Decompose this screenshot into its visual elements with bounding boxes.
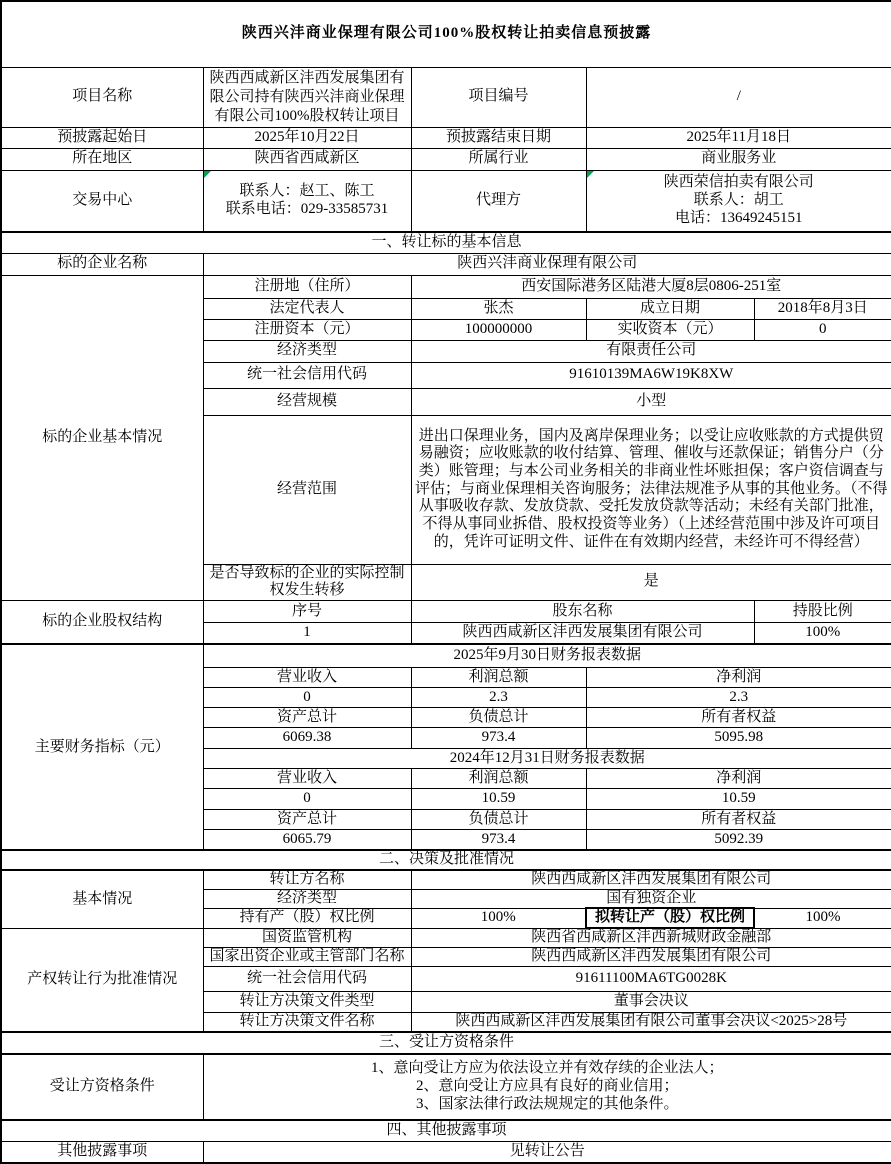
agent-info: 陕西荣信拍卖有限公司 联系人：胡工 电话：13649245151 bbox=[586, 170, 891, 232]
table-row: 其他披露事项 见转让公告 bbox=[1, 1141, 891, 1163]
fin-header: 营业收入 bbox=[203, 768, 411, 788]
credit-code-value: 91610139MA6W19K8XW bbox=[411, 362, 891, 388]
decision-type-label: 转让方决策文件类型 bbox=[203, 991, 411, 1012]
legal-rep-label: 法定代表人 bbox=[203, 298, 411, 319]
fin-value: 10.59 bbox=[411, 788, 586, 809]
fin-header: 资产总计 bbox=[203, 809, 411, 829]
table-row: 一、转让标的基本信息 bbox=[1, 232, 891, 253]
predisclosure-start-value: 2025年10月22日 bbox=[203, 127, 411, 148]
decision-name-value: 陕西西咸新区沣西发展集团有限公司董事会决议<2025>28号 bbox=[411, 1012, 891, 1032]
fin-value: 0 bbox=[203, 687, 411, 707]
fin-value: 2.3 bbox=[586, 687, 891, 707]
economic-type-value: 有限责任公司 bbox=[411, 340, 891, 362]
reg-address-label: 注册地（住所） bbox=[203, 275, 411, 298]
trade-center-contact-person: 联系人：赵工、陈工 bbox=[206, 183, 409, 201]
reg-capital-label: 注册资本（元） bbox=[203, 319, 411, 340]
trade-center-contact-phone: 联系电话：029-33585731 bbox=[206, 201, 409, 219]
table-row: 项目名称 陕西西咸新区沣西发展集团有限公司持有陕西兴沣商业保理有限公司100%股… bbox=[1, 67, 891, 127]
project-name-label: 项目名称 bbox=[1, 67, 203, 127]
disclosure-table: 陕西兴沣商业保理有限公司100%股权转让拍卖信息预披露 项目名称 陕西西咸新区沣… bbox=[0, 0, 891, 1164]
transferor-label: 转让方名称 bbox=[203, 870, 411, 889]
predisclosure-end-label: 预披露结束日期 bbox=[411, 127, 586, 148]
shareholder-header: 股东名称 bbox=[411, 600, 754, 622]
table-row: 标的企业基本情况 注册地（住所） 西安国际港务区陆港大厦8层0806-251室 bbox=[1, 275, 891, 298]
table-row: 三、受让方资格条件 bbox=[1, 1032, 891, 1054]
state-owner-value: 陕西西咸新区沣西发展集团有限公司 bbox=[411, 947, 891, 966]
sec2-economic-type-value: 国有独资企业 bbox=[411, 889, 891, 908]
fin-value: 5092.39 bbox=[586, 829, 891, 850]
industry-value: 商业服务业 bbox=[586, 148, 891, 170]
predisclosure-end-value: 2025年11月18日 bbox=[586, 127, 891, 148]
control-transfer-value: 是 bbox=[411, 564, 891, 600]
control-transfer-label: 是否导致标的企业的实际控制权发生转移 bbox=[203, 564, 411, 600]
agent-label: 代理方 bbox=[411, 170, 586, 232]
fin-value: 6065.79 bbox=[203, 829, 411, 850]
decision-name-label: 转让方决策文件名称 bbox=[203, 1012, 411, 1032]
credit-code-label: 统一社会信用代码 bbox=[203, 362, 411, 388]
regulator-label: 国资监管机构 bbox=[203, 928, 411, 947]
shareholder-value: 陕西西咸新区沣西发展集团有限公司 bbox=[411, 622, 754, 644]
fin-header: 负债总计 bbox=[411, 809, 586, 829]
establish-date-value: 2018年8月3日 bbox=[754, 298, 891, 319]
predisclosure-start-label: 预披露起始日 bbox=[1, 127, 203, 148]
agent-contact-person: 联系人：胡工 bbox=[589, 192, 890, 210]
other-disclosure-label: 其他披露事项 bbox=[1, 1141, 203, 1163]
scale-label: 经营规模 bbox=[203, 388, 411, 415]
holding-ratio-label: 持有产（股）权比例 bbox=[203, 908, 411, 928]
sec2-credit-code-value: 91611100MA6TG0028K bbox=[411, 966, 891, 991]
green-triangle-icon bbox=[587, 171, 594, 178]
region-value: 陕西省西咸新区 bbox=[203, 148, 411, 170]
table-row: 陕西兴沣商业保理有限公司100%股权转让拍卖信息预披露 bbox=[1, 1, 891, 67]
table-row: 交易中心 联系人：赵工、陈工 联系电话：029-33585731 代理方 陕西荣… bbox=[1, 170, 891, 232]
sec2-basic-label: 基本情况 bbox=[1, 870, 203, 928]
table-row: 标的企业股权结构 序号 股东名称 持股比例 bbox=[1, 600, 891, 622]
fin-header: 净利润 bbox=[586, 768, 891, 788]
fin-value: 2.3 bbox=[411, 687, 586, 707]
sec2-economic-type-label: 经济类型 bbox=[203, 889, 411, 908]
table-row: 受让方资格条件 1、意向受让方应为依法设立并有效存续的企业法人； 2、意向受让方… bbox=[1, 1054, 891, 1120]
project-no-value: / bbox=[586, 67, 891, 127]
sec2-credit-code-label: 统一社会信用代码 bbox=[203, 966, 411, 991]
table-row: 所在地区 陕西省西咸新区 所属行业 商业服务业 bbox=[1, 148, 891, 170]
fin-value: 6069.38 bbox=[203, 727, 411, 748]
green-triangle-icon bbox=[204, 171, 211, 178]
condition-item: 1、意向受让方应为依法设立并有效存续的企业法人； bbox=[206, 1060, 890, 1078]
seq-header: 序号 bbox=[203, 600, 411, 622]
regulator-value: 陕西省西咸新区沣西新城财政金融部 bbox=[411, 928, 891, 947]
approval-label: 产权转让行为批准情况 bbox=[1, 928, 203, 1032]
scale-value: 小型 bbox=[411, 388, 891, 415]
equity-structure-label: 标的企业股权结构 bbox=[1, 600, 203, 644]
trade-center-contact: 联系人：赵工、陈工 联系电话：029-33585731 bbox=[203, 170, 411, 232]
table-row: 标的企业名称 陕西兴沣商业保理有限公司 bbox=[1, 253, 891, 275]
fin-header: 所有者权益 bbox=[586, 809, 891, 829]
table-row: 预披露起始日 2025年10月22日 预披露结束日期 2025年11月18日 bbox=[1, 127, 891, 148]
fin-header: 所有者权益 bbox=[586, 707, 891, 727]
state-owner-label: 国家出资企业或主管部门名称 bbox=[203, 947, 411, 966]
section2-heading: 二、决策及批准情况 bbox=[1, 850, 891, 870]
target-name-label: 标的企业名称 bbox=[1, 253, 203, 275]
target-name-value: 陕西兴沣商业保理有限公司 bbox=[203, 253, 891, 275]
section1-heading: 一、转让标的基本信息 bbox=[1, 232, 891, 253]
transfer-ratio-label: 拟转让产（股）权比例 bbox=[586, 908, 754, 928]
project-no-label: 项目编号 bbox=[411, 67, 586, 127]
section3-heading: 三、受让方资格条件 bbox=[1, 1032, 891, 1054]
fin-value: 0 bbox=[203, 788, 411, 809]
condition-item: 2、意向受让方应具有良好的商业信用； bbox=[206, 1078, 890, 1096]
decision-type-value: 董事会决议 bbox=[411, 991, 891, 1012]
fin-value: 973.4 bbox=[411, 727, 586, 748]
fin-value: 973.4 bbox=[411, 829, 586, 850]
fin-value: 5095.98 bbox=[586, 727, 891, 748]
table-row: 四、其他披露事项 bbox=[1, 1120, 891, 1141]
seq-value: 1 bbox=[203, 622, 411, 644]
table-row: 基本情况 转让方名称 陕西西咸新区沣西发展集团有限公司 bbox=[1, 870, 891, 889]
reg-address-value: 西安国际港务区陆港大厦8层0806-251室 bbox=[411, 275, 891, 298]
other-disclosure-value: 见转让公告 bbox=[203, 1141, 891, 1163]
report-title: 2025年9月30日财务报表数据 bbox=[203, 644, 891, 667]
legal-rep-value: 张杰 bbox=[411, 298, 586, 319]
report-title: 2024年12月31日财务报表数据 bbox=[203, 748, 891, 768]
fin-value: 10.59 bbox=[586, 788, 891, 809]
table-row: 主要财务指标（元） 2025年9月30日财务报表数据 bbox=[1, 644, 891, 667]
fin-header: 负债总计 bbox=[411, 707, 586, 727]
economic-type-label: 经济类型 bbox=[203, 340, 411, 362]
section4-heading: 四、其他披露事项 bbox=[1, 1120, 891, 1141]
transferor-value: 陕西西咸新区沣西发展集团有限公司 bbox=[411, 870, 891, 889]
fin-header: 资产总计 bbox=[203, 707, 411, 727]
page-title: 陕西兴沣商业保理有限公司100%股权转让拍卖信息预披露 bbox=[1, 1, 891, 67]
condition-item: 3、国家法律行政法规规定的其他条件。 bbox=[206, 1096, 890, 1114]
business-scope-value: 进出口保理业务，国内及离岸保理业务；以受让应收账款的方式提供贸易融资；应收账款的… bbox=[411, 415, 891, 564]
establish-date-label: 成立日期 bbox=[586, 298, 754, 319]
paid-capital-label: 实收资本（元） bbox=[586, 319, 754, 340]
qualification-conditions: 1、意向受让方应为依法设立并有效存续的企业法人； 2、意向受让方应具有良好的商业… bbox=[203, 1054, 891, 1120]
financials-label: 主要财务指标（元） bbox=[1, 644, 203, 850]
ratio-value: 100% bbox=[754, 622, 891, 644]
basic-info-label: 标的企业基本情况 bbox=[1, 275, 203, 600]
fin-header: 利润总额 bbox=[411, 768, 586, 788]
project-name-value: 陕西西咸新区沣西发展集团有限公司持有陕西兴沣商业保理有限公司100%股权转让项目 bbox=[203, 67, 411, 127]
business-scope-label: 经营范围 bbox=[203, 415, 411, 564]
trade-center-label: 交易中心 bbox=[1, 170, 203, 232]
table-row: 产权转让行为批准情况 国资监管机构 陕西省西咸新区沣西新城财政金融部 bbox=[1, 928, 891, 947]
fin-header: 利润总额 bbox=[411, 667, 586, 687]
industry-label: 所属行业 bbox=[411, 148, 586, 170]
qualification-label: 受让方资格条件 bbox=[1, 1054, 203, 1120]
transfer-ratio-value: 100% bbox=[754, 908, 891, 928]
agent-phone: 电话：13649245151 bbox=[589, 210, 890, 228]
reg-capital-value: 100000000 bbox=[411, 319, 586, 340]
agent-name: 陕西荣信拍卖有限公司 bbox=[589, 174, 890, 192]
fin-header: 营业收入 bbox=[203, 667, 411, 687]
disclosure-document: 陕西兴沣商业保理有限公司100%股权转让拍卖信息预披露 项目名称 陕西西咸新区沣… bbox=[0, 0, 891, 1164]
paid-capital-value: 0 bbox=[754, 319, 891, 340]
region-label: 所在地区 bbox=[1, 148, 203, 170]
holding-ratio-value: 100% bbox=[411, 908, 586, 928]
table-row: 二、决策及批准情况 bbox=[1, 850, 891, 870]
fin-header: 净利润 bbox=[586, 667, 891, 687]
ratio-header: 持股比例 bbox=[754, 600, 891, 622]
